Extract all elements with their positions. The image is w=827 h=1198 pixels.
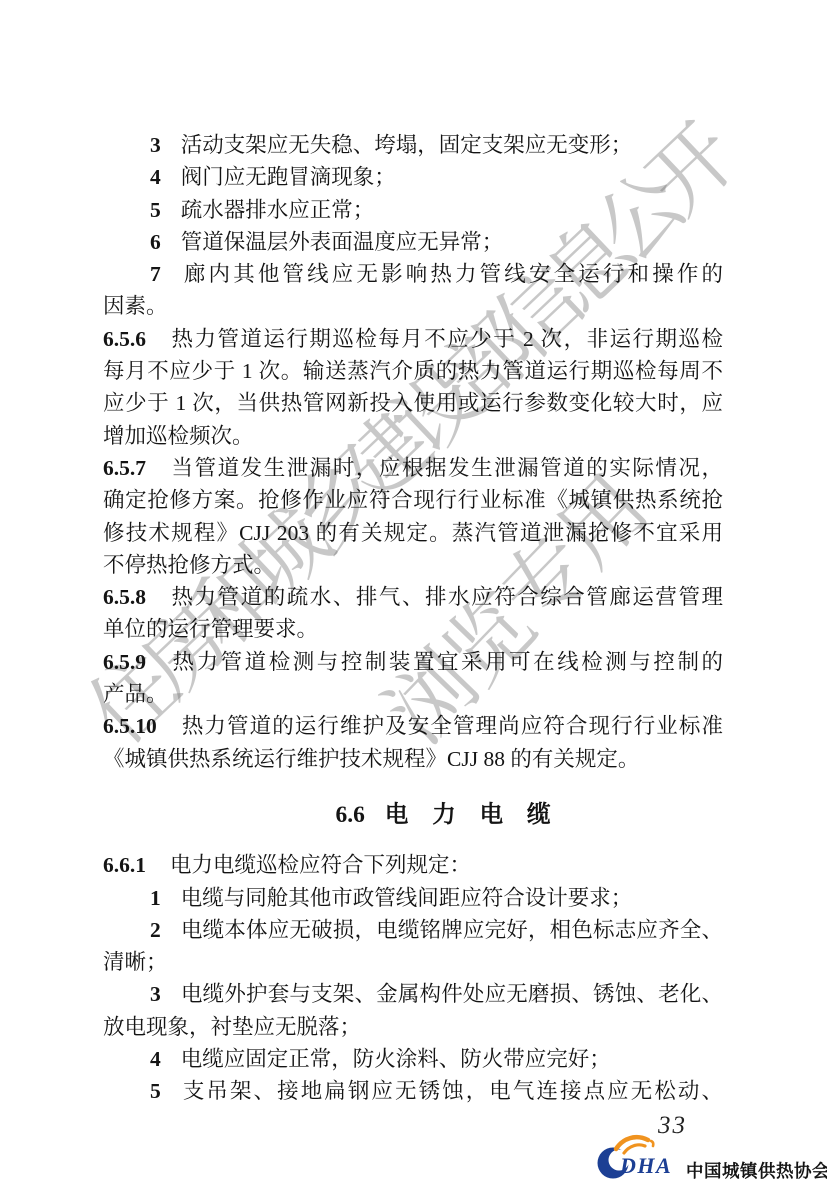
line-text: 应少于 1 次，当供热管网新投入使用或运行参数变化较大时，应 — [103, 391, 723, 415]
text-line: 6.5.6热力管道运行期巡检每月不应少于 2 次，非运行期巡检 — [103, 323, 723, 355]
section-6-6-lines: 6.6.1电力电缆巡检应符合下列规定：1电缆与同舱其他市政管线间距应符合设计要求… — [103, 849, 723, 1107]
section-heading-title: 电 力 电 缆 — [385, 802, 551, 828]
text-line: 6.5.7当管道发生泄漏时，应根据发生泄漏管道的实际情况， — [103, 452, 723, 484]
section-heading-number: 6.6 — [336, 802, 365, 828]
clause-number: 6.5.10 — [103, 714, 157, 738]
clause-number: 6.5.8 — [103, 585, 146, 609]
cdha-logo-icon: DHA — [596, 1132, 681, 1182]
line-text: 确定抢修方案。抢修作业应符合现行行业标准《城镇供热系统抢 — [103, 488, 723, 512]
line-text: 当管道发生泄漏时，应根据发生泄漏管道的实际情况， — [170, 456, 723, 480]
section-heading: 6.6电 力 电 缆 — [133, 799, 753, 831]
item-number: 5 — [150, 1079, 161, 1103]
line-text: 热力管道检测与控制装置宜采用可在线检测与控制的 — [170, 650, 723, 674]
text-line: 6管道保温层外表面温度应无异常； — [103, 226, 723, 258]
line-text: 增加巡检频次。 — [103, 424, 254, 448]
line-text: 单位的运行管理要求。 — [103, 617, 318, 641]
org-name: 中国城镇供热协会 — [686, 1158, 827, 1183]
line-text: 每月不应少于 1 次。输送蒸汽介质的热力管道运行期巡检每周不 — [103, 359, 723, 383]
line-text: 《城镇供热系统运行维护技术规程》CJJ 88 的有关规定。 — [103, 747, 639, 771]
text-line: 修技术规程》CJJ 203 的有关规定。蒸汽管道泄漏抢修不宜采用 — [103, 517, 723, 549]
text-line: 7廊内其他管线应无影响热力管线安全运行和操作的 — [103, 258, 723, 290]
line-text: 电力电缆巡检应符合下列规定： — [170, 853, 471, 877]
item-number: 5 — [150, 198, 161, 222]
line-text: 修技术规程》CJJ 203 的有关规定。蒸汽管道泄漏抢修不宜采用 — [103, 521, 723, 545]
text-line: 6.5.8热力管道的疏水、排气、排水应符合综合管廊运营管理 — [103, 581, 723, 613]
line-text: 电缆外护套与支架、金属构件处应无磨损、锈蚀、老化、 — [181, 982, 723, 1006]
text-line: 确定抢修方案。抢修作业应符合现行行业标准《城镇供热系统抢 — [103, 484, 723, 516]
text-line: 2电缆本体应无破损，电缆铭牌应完好，相色标志应齐全、 — [103, 914, 723, 946]
line-text: 电缆应固定正常，防火涂料、防火带应完好； — [181, 1047, 611, 1071]
item-number: 6 — [150, 230, 161, 254]
logo-dha-text: DHA — [619, 1153, 672, 1178]
line-text: 清晰； — [103, 950, 168, 974]
text-line: 6.6.1电力电缆巡检应符合下列规定： — [103, 849, 723, 881]
text-line: 增加巡检频次。 — [103, 420, 723, 452]
line-text: 电缆本体应无破损，电缆铭牌应完好，相色标志应齐全、 — [181, 918, 723, 942]
text-line: 6.5.9热力管道检测与控制装置宜采用可在线检测与控制的 — [103, 646, 723, 678]
line-text: 放电现象，衬垫应无脱落； — [103, 1015, 361, 1039]
item-number: 4 — [150, 1047, 161, 1071]
item-number: 3 — [150, 982, 161, 1006]
text-line: 6.5.10热力管道的运行维护及安全管理尚应符合现行行业标准 — [103, 710, 723, 742]
line-text: 廊内其他管线应无影响热力管线安全运行和操作的 — [181, 262, 723, 286]
item-number: 2 — [150, 918, 161, 942]
text-line: 因素。 — [103, 290, 723, 322]
line-text: 管道保温层外表面温度应无异常； — [181, 230, 504, 254]
text-line: 5疏水器排水应正常； — [103, 194, 723, 226]
item-number: 1 — [150, 886, 161, 910]
text-line: 产品。 — [103, 678, 723, 710]
item-number: 4 — [150, 165, 161, 189]
clause-number: 6.5.6 — [103, 327, 146, 351]
text-line: 3活动支架应无失稳、垮塌，固定支架应无变形； — [103, 129, 723, 161]
cdha-logo: DHA 中国城镇供热协会 — [596, 1132, 811, 1182]
text-line: 4电缆应固定正常，防火涂料、防火带应完好； — [103, 1043, 723, 1075]
line-text: 支吊架、接地扁钢应无锈蚀，电气连接点应无松动、 — [181, 1079, 723, 1103]
line-text: 热力管道运行期巡检每月不应少于 2 次，非运行期巡检 — [170, 327, 723, 351]
text-line: 5支吊架、接地扁钢应无锈蚀，电气连接点应无松动、 — [103, 1075, 723, 1107]
line-text: 活动支架应无失稳、垮塌，固定支架应无变形； — [181, 133, 633, 157]
text-line: 应少于 1 次，当供热管网新投入使用或运行参数变化较大时，应 — [103, 387, 723, 419]
document-page: { "watermark": { "line1": "住房和城乡建设部信息公开"… — [0, 0, 827, 1198]
line-text: 热力管道的疏水、排气、排水应符合综合管廊运营管理 — [170, 585, 723, 609]
text-line: 放电现象，衬垫应无脱落； — [103, 1011, 723, 1043]
text-line: 4阀门应无跑冒滴现象； — [103, 161, 723, 193]
section-6-5-lines: 3活动支架应无失稳、垮塌，固定支架应无变形；4阀门应无跑冒滴现象；5疏水器排水应… — [103, 129, 723, 775]
clause-number: 6.5.7 — [103, 456, 146, 480]
line-text: 疏水器排水应正常； — [181, 198, 375, 222]
item-number: 7 — [150, 262, 161, 286]
text-line: 1电缆与同舱其他市政管线间距应符合设计要求； — [103, 882, 723, 914]
text-line: 3电缆外护套与支架、金属构件处应无磨损、锈蚀、老化、 — [103, 978, 723, 1010]
text-line: 不停热抢修方式。 — [103, 549, 723, 581]
line-text: 不停热抢修方式。 — [103, 553, 275, 577]
line-text: 电缆与同舱其他市政管线间距应符合设计要求； — [181, 886, 633, 910]
text-line: 清晰； — [103, 946, 723, 978]
text-line: 每月不应少于 1 次。输送蒸汽介质的热力管道运行期巡检每周不 — [103, 355, 723, 387]
clause-number: 6.5.9 — [103, 650, 146, 674]
item-number: 3 — [150, 133, 161, 157]
text-line: 单位的运行管理要求。 — [103, 613, 723, 645]
line-text: 阀门应无跑冒滴现象； — [181, 165, 396, 189]
text-block: 3活动支架应无失稳、垮塌，固定支架应无变形；4阀门应无跑冒滴现象；5疏水器排水应… — [103, 129, 723, 1108]
line-text: 产品。 — [103, 682, 168, 706]
line-text: 热力管道的运行维护及安全管理尚应符合现行行业标准 — [181, 714, 723, 738]
line-text: 因素。 — [103, 294, 168, 318]
text-line: 《城镇供热系统运行维护技术规程》CJJ 88 的有关规定。 — [103, 743, 723, 775]
clause-number: 6.6.1 — [103, 853, 146, 877]
